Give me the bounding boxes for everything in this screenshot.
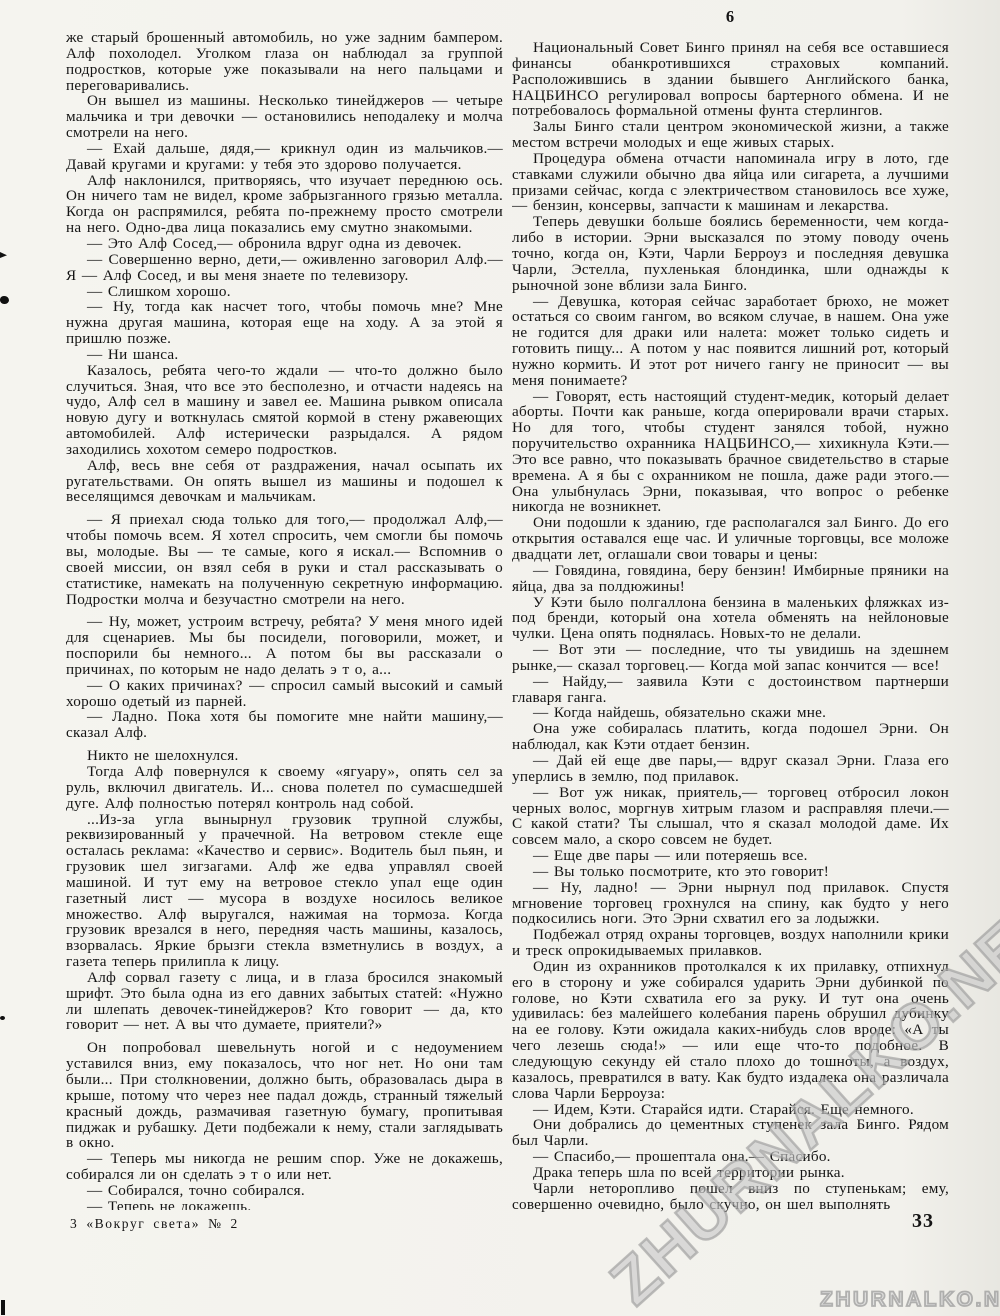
paragraph: — Спасибо,— прошептала она.— Спасибо. (512, 1149, 949, 1165)
scan-artifact-speck (0, 296, 9, 304)
paragraph: — Ладно. Пока хотя бы помогите мне найти… (66, 709, 503, 741)
page-number: 33 (912, 1210, 934, 1233)
paragraph: Он попробовал шевельнуть ногой и с недоу… (66, 1040, 503, 1151)
section-number: 6 (512, 7, 949, 27)
paragraph: Казалось, ребята чего-то ждали — что-то … (66, 363, 503, 458)
paragraph: — Ну, тогда как насчет того, чтобы помоч… (66, 299, 503, 347)
paragraph: — Дай ей еще две пары,— вдруг сказал Эрн… (512, 753, 949, 785)
scan-artifact-speck (1, 1300, 5, 1315)
paragraph: — Совершенно верно, дети,— оживленно заг… (66, 252, 503, 284)
paragraph: — Ни шанса. (66, 347, 503, 363)
paragraph: — Девушка, которая сейчас заработает брю… (512, 294, 949, 389)
paragraph: — Теперь мы никогда не решим спор. Уже н… (66, 1151, 503, 1183)
paragraph: — Вы только посмотрите, кто это говорит! (512, 864, 949, 880)
paragraph: — Говорят, есть настоящий студент-медик,… (512, 389, 949, 516)
paragraph: — Теперь не докажешь. (66, 1199, 503, 1210)
magazine-page-scan: 6 же старый брошенный автомобиль, но уже… (0, 0, 1000, 1316)
paragraph: — Это Алф Сосед,— обронила вдруг одна из… (66, 236, 503, 252)
paragraph: — Собирался, точно собирался. (66, 1183, 503, 1199)
paragraph: Он вышел из машины. Несколько тинейджеро… (66, 93, 503, 141)
paragraph: — Идем, Кэти. Старайся идти. Старайся. Е… (512, 1102, 949, 1118)
paragraph: — Ехай дальше, дядя,— крикнул один из ма… (66, 141, 503, 173)
paragraph: — Когда найдешь, обязательно скажи мне. (512, 705, 949, 721)
scan-artifact-speck (0, 252, 7, 258)
paragraph: Алф наклонился, притворяясь, что изучает… (66, 173, 503, 236)
paragraph: же старый брошенный автомобиль, но уже з… (66, 30, 503, 93)
paragraph: Никто не шелохнулся. (66, 748, 503, 764)
paragraph: — Найду,— заявила Кэти с достоинством па… (512, 674, 949, 706)
paragraph: ...Из-за угла вынырнул грузовик трупной … (66, 812, 503, 970)
paragraph: — Вот эти — последние, что ты увидишь на… (512, 642, 949, 674)
paragraph: — Еще две пары — или потеряешь все. (512, 848, 949, 864)
paragraph: Национальный Совет Бинго принял на себя … (512, 40, 949, 119)
paragraph: Чарли неторопливо пошел вниз по ступеньк… (512, 1181, 949, 1213)
paragraph: Они добрались до цементных ступенек зала… (512, 1117, 949, 1149)
paragraph: — Слишком хорошо. (66, 284, 503, 300)
paragraph: Залы Бинго стали центром экономической ж… (512, 119, 949, 151)
watermark-bottom-right: ZHURNALKO.NET (820, 1288, 1000, 1312)
scan-artifact-speck (0, 1016, 5, 1020)
paragraph: Они подошли к зданию, где располагался з… (512, 515, 949, 563)
paragraph: Алф, весь вне себя от раздражения, начал… (66, 458, 503, 506)
paragraph: Один из охранников протолкался к их прил… (512, 959, 949, 1102)
paragraph: Она уже собиралась платить, когда подоше… (512, 721, 949, 753)
paragraph: У Кэти было полгаллона бензина в маленьк… (512, 595, 949, 643)
paragraph: Драка теперь шла по всей территории рынк… (512, 1165, 949, 1181)
paragraph: — Я приехал сюда только для того,— продо… (66, 512, 503, 607)
text-column-left: же старый брошенный автомобиль, но уже з… (66, 30, 503, 1210)
paragraph: Тогда Алф повернулся к своему «ягуару», … (66, 764, 503, 812)
paragraph: Теперь девушки больше боялись беременнос… (512, 214, 949, 293)
paragraph: — Ну, ладно! — Эрни нырнул под прилавок.… (512, 880, 949, 928)
paragraph: — Вот уж никак, приятель,— торговец отбр… (512, 785, 949, 848)
paragraph: — О каких причинах? — спросил самый высо… (66, 678, 503, 710)
text-column-right: Национальный Совет Бинго принял на себя … (512, 40, 949, 1220)
imprint-signature: 3 «Вокруг света» № 2 (70, 1216, 239, 1232)
paragraph: — Говядина, говядина, беру бензин! Имбир… (512, 563, 949, 595)
paragraph: Алф сорвал газету с лица, и в глаза брос… (66, 970, 503, 1033)
paragraph: — Ну, может, устроим встречу, ребята? У … (66, 614, 503, 677)
paragraph: Подбежал отряд охраны торговцев, воздух … (512, 927, 949, 959)
paragraph: Процедура обмена отчасти напоминала игру… (512, 151, 949, 214)
